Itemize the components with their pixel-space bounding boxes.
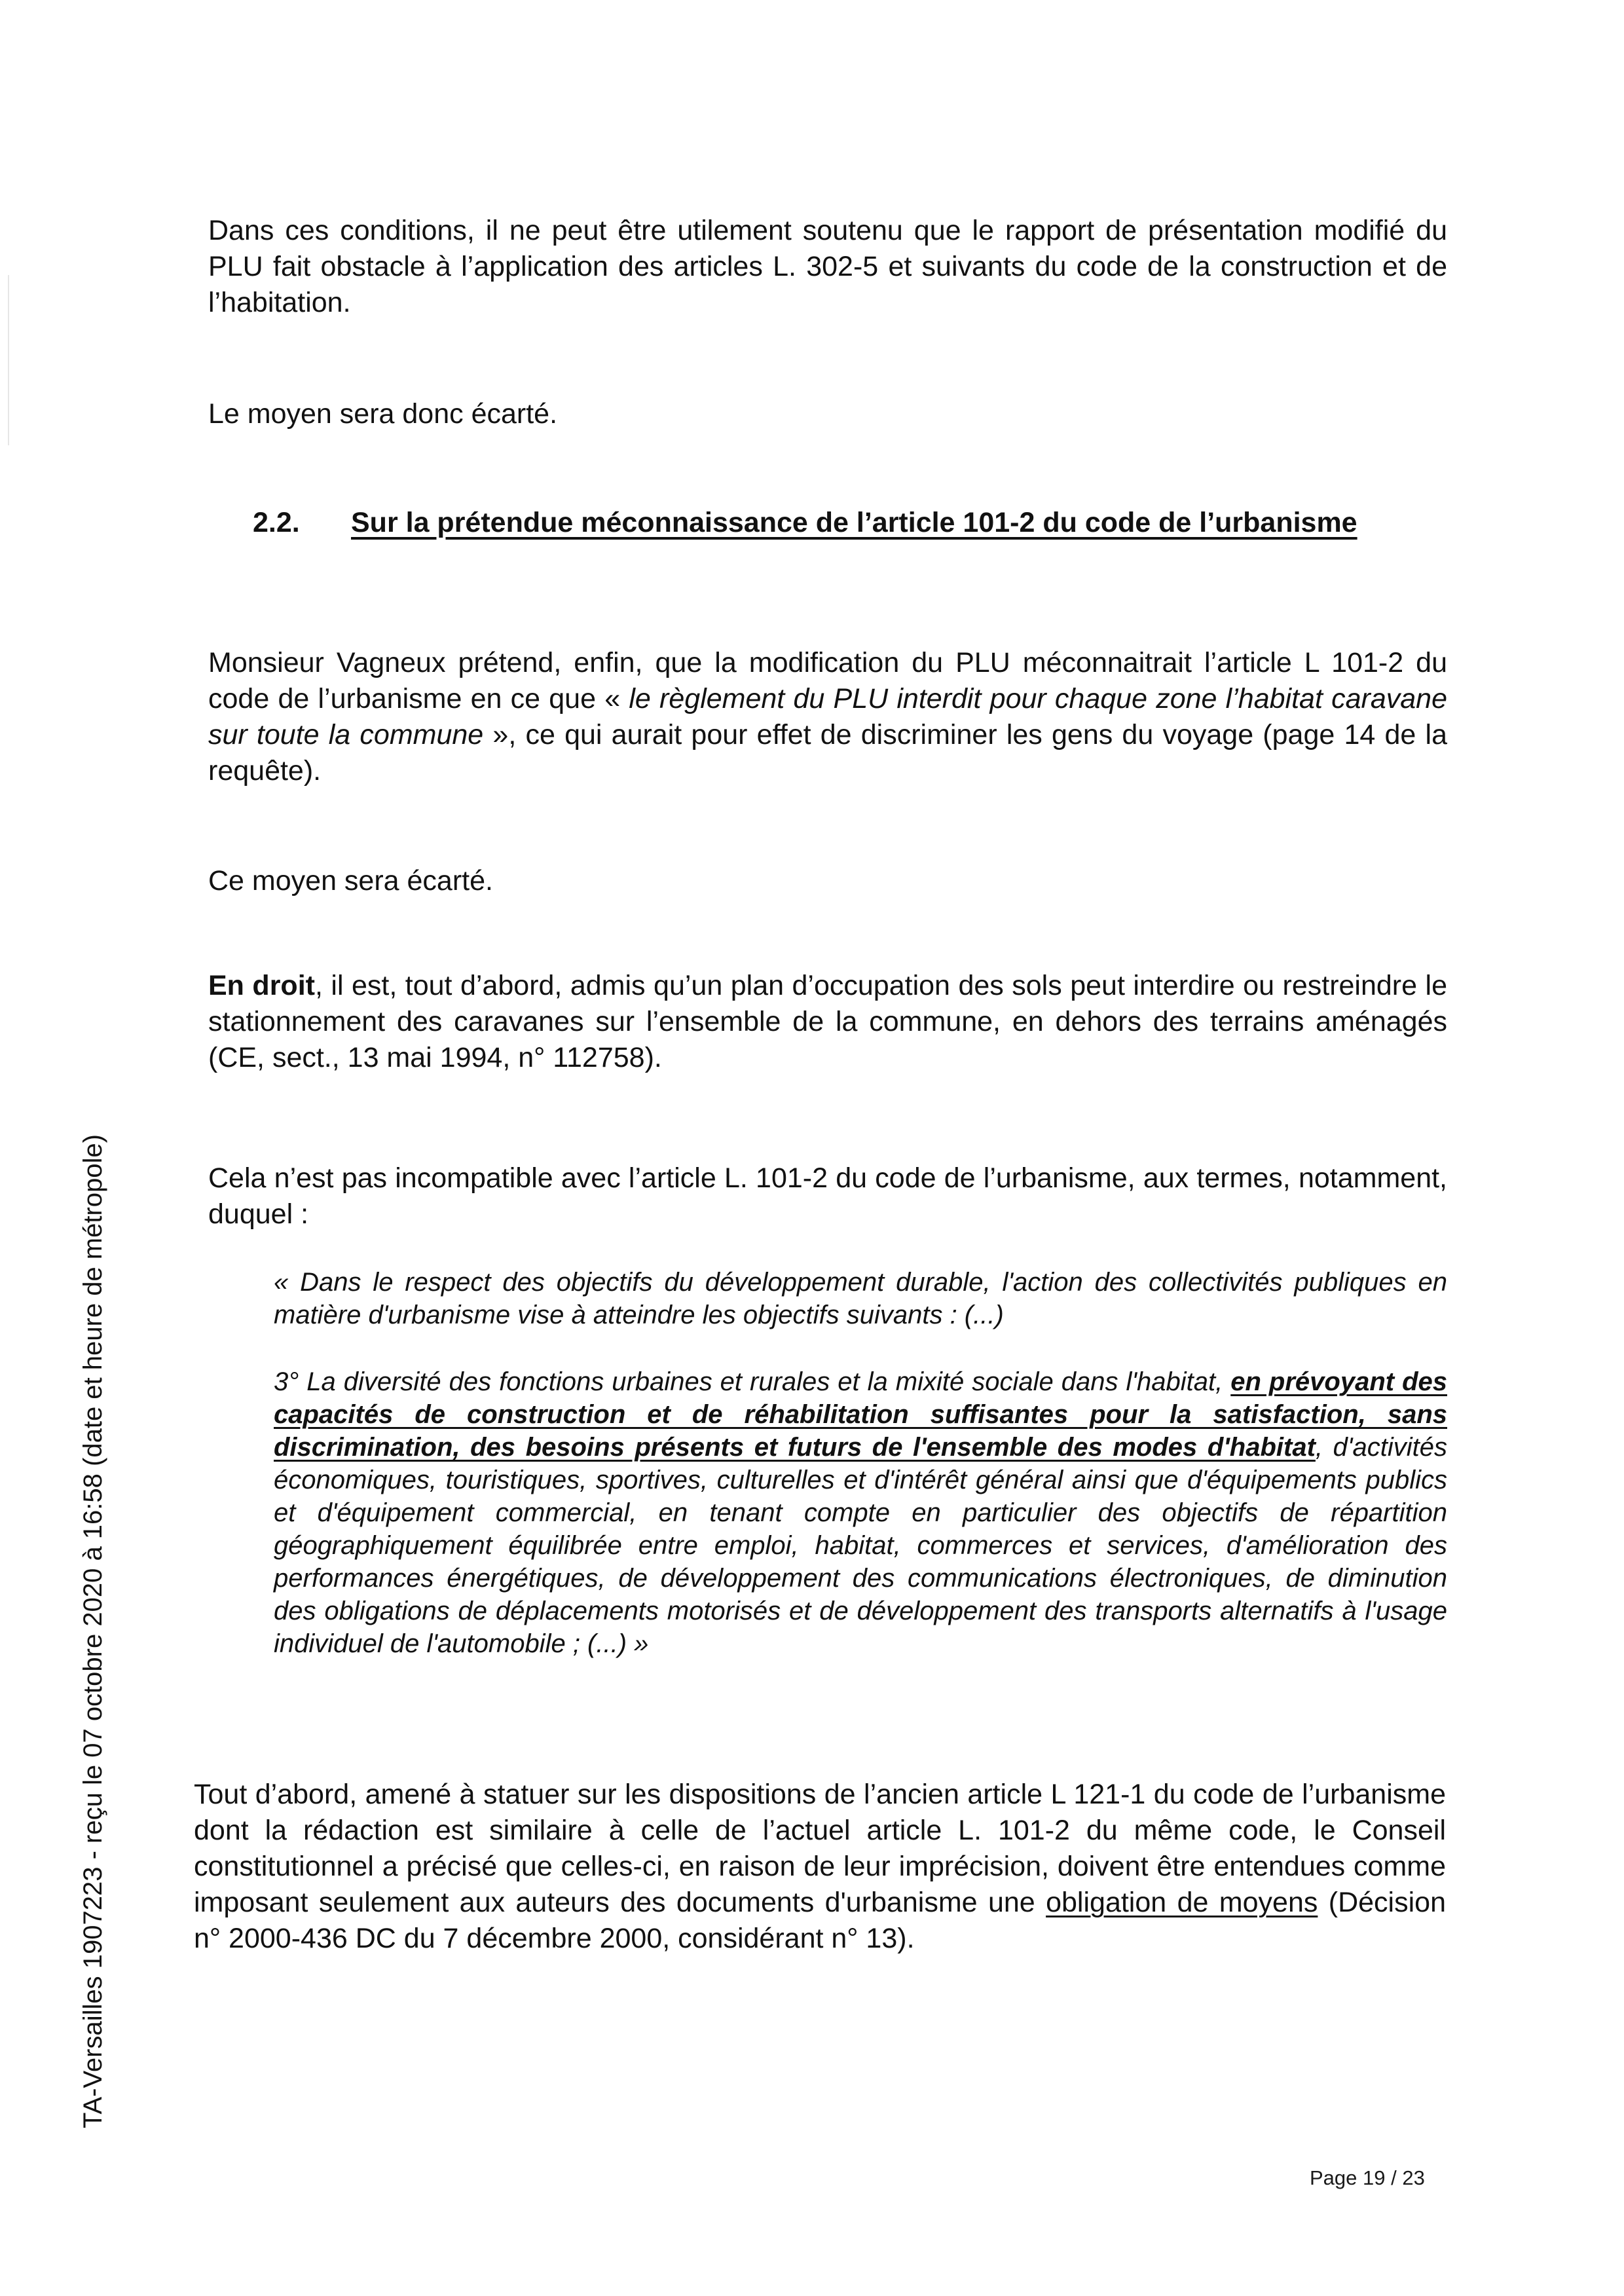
quote-text: , d'activités économiques, touristiques,… [274,1433,1447,1658]
court-receipt-stamp: TA-Versailles 1907223 - reçu le 07 octob… [79,1134,108,2128]
quote-text: « Dans le respect des objectifs du dével… [274,1268,1447,1329]
paragraph-conditions: Dans ces conditions, il ne peut être uti… [208,213,1447,321]
scan-artifact-line [8,275,9,445]
quote-text: 3° La diversité des fonctions urbaines e… [274,1367,1230,1396]
paragraph-text: Ce moyen sera écarté. [208,865,493,897]
paragraph-text: Le moyen sera donc écarté. [208,398,557,430]
quote-intro: « Dans le respect des objectifs du dével… [274,1266,1447,1331]
section-title: Sur la prétendue méconnaissance de l’art… [351,504,1449,541]
paragraph-conseil-constitutionnel: Tout d’abord, amené à statuer sur les di… [194,1777,1446,1957]
paragraph-conclusion-1: Le moyen sera donc écarté. [208,396,1447,432]
emphasis-en-droit: En droit [208,970,315,1001]
paragraph-claim: Monsieur Vagneux prétend, enfin, que la … [208,645,1447,789]
underlined-obligation-de-moyens: obligation de moyens [1046,1887,1318,1918]
paragraph-text: Dans ces conditions, il ne peut être uti… [208,215,1447,318]
section-heading: 2.2. Sur la prétendue méconnaissance de … [253,504,1449,541]
section-number: 2.2. [253,504,300,541]
paragraph-text: , il est, tout d’abord, admis qu’un plan… [208,970,1447,1073]
paragraph-en-droit: En droit, il est, tout d’abord, admis qu… [208,968,1447,1076]
page-number: Page 19 / 23 [1310,2166,1425,2190]
paragraph-conclusion-2: Ce moyen sera écarté. [208,863,1447,899]
paragraph-compatibility: Cela n’est pas incompatible avec l’artic… [208,1160,1447,1232]
paragraph-text: Cela n’est pas incompatible avec l’artic… [208,1162,1447,1230]
quote-item-3: 3° La diversité des fonctions urbaines e… [274,1365,1447,1660]
